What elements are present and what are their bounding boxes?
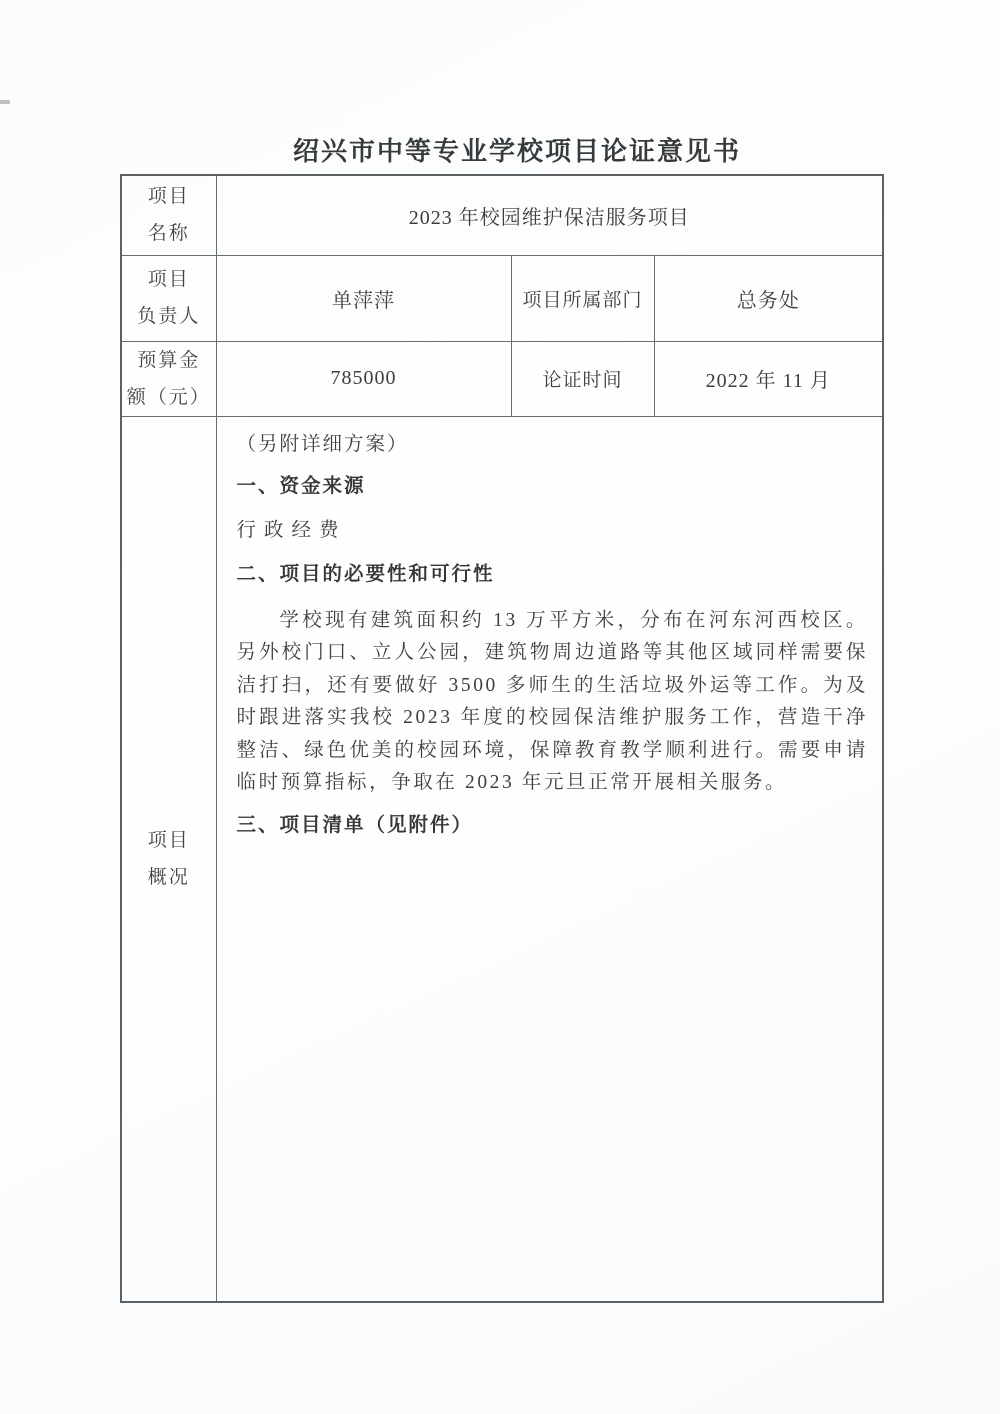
section2-heading: 二、项目的必要性和可行性 xyxy=(237,561,869,589)
label-text: 名称 xyxy=(122,215,216,252)
scanned-document-page: 绍兴市中等专业学校项目论证意见书 项目 名称 2023 年校园维护保洁服务项目 … xyxy=(0,0,1000,1414)
project-name-value: 2023 年校园维护保洁服务项目 xyxy=(216,175,883,255)
section3-heading: 三、项目清单（见附件） xyxy=(237,812,869,840)
label-text: 额（元） xyxy=(122,379,216,416)
project-leader-value: 单萍萍 xyxy=(216,255,511,341)
department-label: 项目所属部门 xyxy=(511,255,654,341)
project-leader-label: 项目 负责人 xyxy=(121,255,216,341)
budget-value: 785000 xyxy=(216,341,511,416)
table-row-project-name: 项目 名称 2023 年校园维护保洁服务项目 xyxy=(121,175,883,255)
label-text: 预算金 xyxy=(122,342,216,379)
label-text: 项目 xyxy=(122,822,216,859)
scan-artifact xyxy=(0,100,10,104)
section1-body: 行政经费 xyxy=(237,517,869,545)
label-text: 负责人 xyxy=(122,298,216,335)
table-row-overview: 项目 概况 （另附详细方案） 一、资金来源 行政经费 二、项目的必要性和可行性 … xyxy=(121,416,883,1302)
overview-note: （另附详细方案） xyxy=(237,431,869,458)
project-form-table: 项目 名称 2023 年校园维护保洁服务项目 项目 负责人 单萍萍 项目所属部门… xyxy=(120,174,884,1303)
department-value: 总务处 xyxy=(654,255,883,341)
review-time-label: 论证时间 xyxy=(511,341,654,416)
section2-paragraph: 学校现有建筑面积约 13 万平方米，分布在河东河西校区。另外校门口、立人公园，建… xyxy=(237,605,869,800)
section1-heading: 一、资金来源 xyxy=(237,473,869,501)
table-row-project-leader: 项目 负责人 单萍萍 项目所属部门 总务处 xyxy=(121,255,883,341)
label-text: 项目 xyxy=(122,178,216,215)
project-name-label: 项目 名称 xyxy=(121,175,216,255)
budget-label: 预算金 额（元） xyxy=(121,341,216,416)
review-time-value: 2022 年 11 月 xyxy=(654,341,883,416)
label-text: 概况 xyxy=(122,859,216,896)
document-title: 绍兴市中等专业学校项目论证意见书 xyxy=(0,131,1000,168)
overview-content: （另附详细方案） 一、资金来源 行政经费 二、项目的必要性和可行性 学校现有建筑… xyxy=(216,416,883,1302)
overview-label: 项目 概况 xyxy=(121,416,216,1302)
table-row-budget: 预算金 额（元） 785000 论证时间 2022 年 11 月 xyxy=(121,341,883,416)
label-text: 项目 xyxy=(122,261,216,298)
